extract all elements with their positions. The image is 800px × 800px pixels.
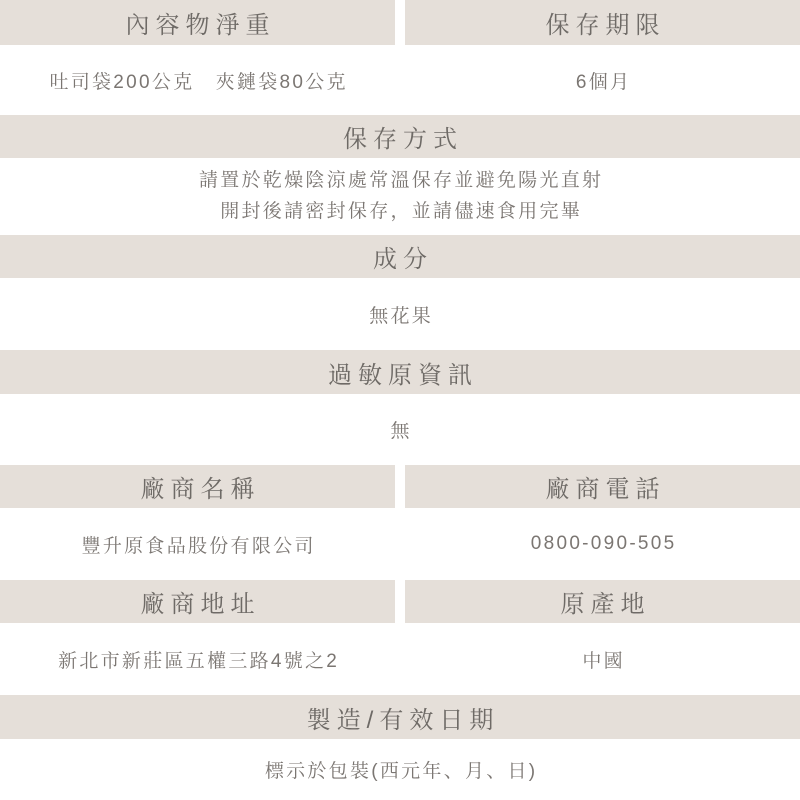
manufacturer-name-header: 廠商名稱 <box>0 465 395 508</box>
net-weight-value: 吐司袋200公克 夾鏈袋80公克 <box>0 45 395 115</box>
row-values-address-origin: 新北市新莊區五權三路4號之2 中國 <box>0 623 800 695</box>
allergen-header: 過敏原資訊 <box>0 350 800 394</box>
ingredients-value: 無花果 <box>0 278 800 350</box>
net-weight-header: 內容物淨重 <box>0 0 395 45</box>
date-info-value: 標示於包裝(西元年、月、日) <box>0 739 800 800</box>
storage-method-header: 保存方式 <box>0 115 800 158</box>
origin-value: 中國 <box>405 623 800 695</box>
row-headers-netweight-shelflife: 內容物淨重 保存期限 <box>0 0 800 45</box>
date-info-header: 製造/有效日期 <box>0 695 800 739</box>
manufacturer-address-value: 新北市新莊區五權三路4號之2 <box>0 623 395 695</box>
manufacturer-name-value: 豐升原食品股份有限公司 <box>0 508 395 580</box>
manufacturer-phone-value: 0800-090-505 <box>405 508 800 580</box>
origin-header: 原產地 <box>405 580 800 623</box>
storage-method-line-2: 開封後請密封保存，並請儘速食用完畢 <box>220 197 582 227</box>
shelf-life-value: 6個月 <box>405 45 800 115</box>
allergen-value: 無 <box>0 394 800 465</box>
product-info-table: 內容物淨重 保存期限 吐司袋200公克 夾鏈袋80公克 6個月 保存方式 請置於… <box>0 0 800 800</box>
storage-method-value: 請置於乾燥陰涼處常溫保存並避免陽光直射 開封後請密封保存，並請儘速食用完畢 <box>0 158 800 235</box>
manufacturer-address-header: 廠商地址 <box>0 580 395 623</box>
ingredients-header: 成分 <box>0 235 800 278</box>
storage-method-line-1: 請置於乾燥陰涼處常溫保存並避免陽光直射 <box>199 166 603 196</box>
row-headers-address-origin: 廠商地址 原產地 <box>0 580 800 623</box>
row-headers-name-phone: 廠商名稱 廠商電話 <box>0 465 800 508</box>
row-values-name-phone: 豐升原食品股份有限公司 0800-090-505 <box>0 508 800 580</box>
manufacturer-phone-header: 廠商電話 <box>405 465 800 508</box>
row-values-netweight-shelflife: 吐司袋200公克 夾鏈袋80公克 6個月 <box>0 45 800 115</box>
shelf-life-header: 保存期限 <box>405 0 800 45</box>
